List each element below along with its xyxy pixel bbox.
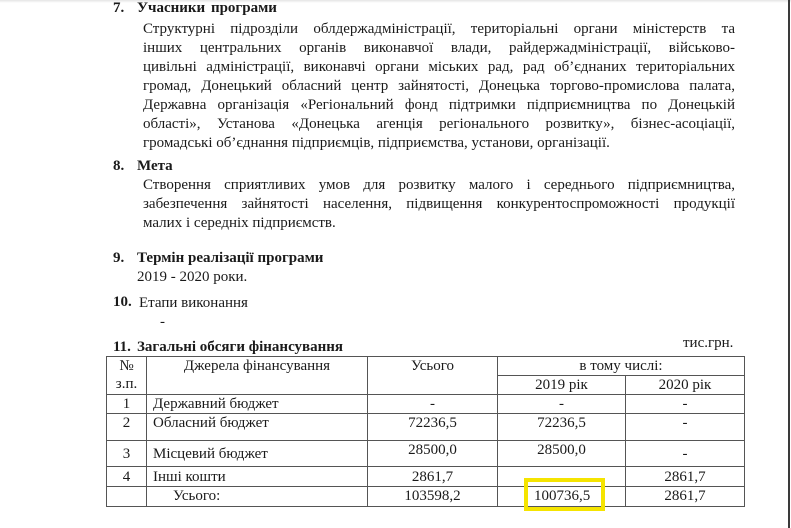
section-7-title: Учасники програми bbox=[137, 0, 277, 17]
table-row: 1 Державний бюджет - - - bbox=[107, 395, 745, 414]
cell-no: 2 bbox=[107, 414, 147, 441]
section-8-line: Створення сприятливих умов для розвитку … bbox=[143, 176, 735, 195]
cell-2019: - bbox=[498, 395, 626, 414]
section-8-line: забезпечення зайнятості населення, підви… bbox=[143, 195, 735, 214]
section-8-title: Мета bbox=[137, 158, 173, 175]
cell-2019: 28500,0 bbox=[498, 441, 626, 467]
cell-2020: 2861,7 bbox=[626, 467, 745, 487]
header-including: в тому числі: bbox=[498, 357, 745, 376]
cell-source: Державний бюджет bbox=[147, 395, 368, 414]
section-7-line: цивільні адміністрації, виконавчі органи… bbox=[143, 58, 735, 77]
section-10-text: - bbox=[160, 313, 165, 332]
header-no-label: № bbox=[119, 358, 133, 374]
cell-total: - bbox=[368, 395, 498, 414]
header-total: Усього bbox=[368, 357, 498, 395]
cell-no bbox=[107, 487, 147, 507]
header-source: Джерела фінансування bbox=[147, 357, 368, 395]
page-right-edge bbox=[788, 0, 790, 528]
section-10-number: 10. bbox=[113, 294, 132, 311]
section-8-body: Створення сприятливих умов для розвитку … bbox=[143, 176, 735, 233]
section-7-line: Структурні підрозділи облдержадміністрац… bbox=[143, 20, 735, 39]
cell-no: 3 bbox=[107, 441, 147, 467]
section-7-body: Структурні підрозділи облдержадміністрац… bbox=[143, 20, 735, 153]
section-7-line: громадські об’єднання підприємців, підпр… bbox=[143, 134, 735, 153]
table-total-row: Усього: 103598,2 100736,5 2861,7 bbox=[107, 487, 745, 507]
cell-source: Інші кошти bbox=[147, 467, 368, 487]
cell-2020: - bbox=[626, 414, 745, 441]
header-2019: 2019 рік bbox=[498, 376, 626, 395]
cell-total: 2861,7 bbox=[368, 467, 498, 487]
table-row: 3 Місцевий бюджет 28500,0 28500,0 - bbox=[107, 441, 745, 467]
section-7-line: громад, Донецький обласний центр зайнято… bbox=[143, 77, 735, 96]
header-no-sub: з.п. bbox=[116, 376, 137, 392]
cell-no: 4 bbox=[107, 467, 147, 487]
table-header-row: № з.п. Джерела фінансування Усього в том… bbox=[107, 357, 745, 376]
table-row: 2 Обласний бюджет 72236,5 72236,5 - bbox=[107, 414, 745, 441]
header-2020: 2020 рік bbox=[626, 376, 745, 395]
section-7-line: області», Установа «Донецька агенція рег… bbox=[143, 115, 735, 134]
cell-source: Місцевий бюджет bbox=[147, 441, 368, 467]
section-8-line: малих і середніх підприємств. bbox=[143, 214, 735, 233]
table-row: 4 Інші кошти 2861,7 2861,7 bbox=[107, 467, 745, 487]
cell-total: 28500,0 bbox=[368, 441, 498, 467]
section-9-text: 2019 - 2020 роки. bbox=[137, 268, 247, 287]
highlight-box bbox=[524, 478, 605, 511]
section-9-title: Термін реалізації програми bbox=[137, 250, 323, 267]
cell-source: Обласний бюджет bbox=[147, 414, 368, 441]
cell-2020: - bbox=[626, 395, 745, 414]
cell-no: 1 bbox=[107, 395, 147, 414]
cell-2020: - bbox=[626, 441, 745, 467]
section-7-line: Державна організація «Регіональний фонд … bbox=[143, 96, 735, 115]
currency-unit: тис.грн. bbox=[683, 334, 733, 353]
cell-total: 72236,5 bbox=[368, 414, 498, 441]
header-no: № з.п. bbox=[107, 357, 147, 395]
cell-2019: 72236,5 bbox=[498, 414, 626, 441]
section-10-title: Етапи виконання bbox=[139, 294, 248, 313]
section-7-line: інших центральних органів виконавчої вла… bbox=[143, 39, 735, 58]
section-11-title: Загальні обсяги фінансування bbox=[137, 339, 343, 356]
section-11-number: 11. bbox=[113, 339, 131, 356]
cell-total: 103598,2 bbox=[368, 487, 498, 507]
cell-source: Усього: bbox=[147, 487, 368, 507]
financing-table: № з.п. Джерела фінансування Усього в том… bbox=[106, 356, 745, 507]
section-7-number: 7. bbox=[113, 0, 124, 17]
cell-2020: 2861,7 bbox=[626, 487, 745, 507]
section-9-number: 9. bbox=[113, 250, 124, 267]
section-8-number: 8. bbox=[113, 158, 124, 175]
